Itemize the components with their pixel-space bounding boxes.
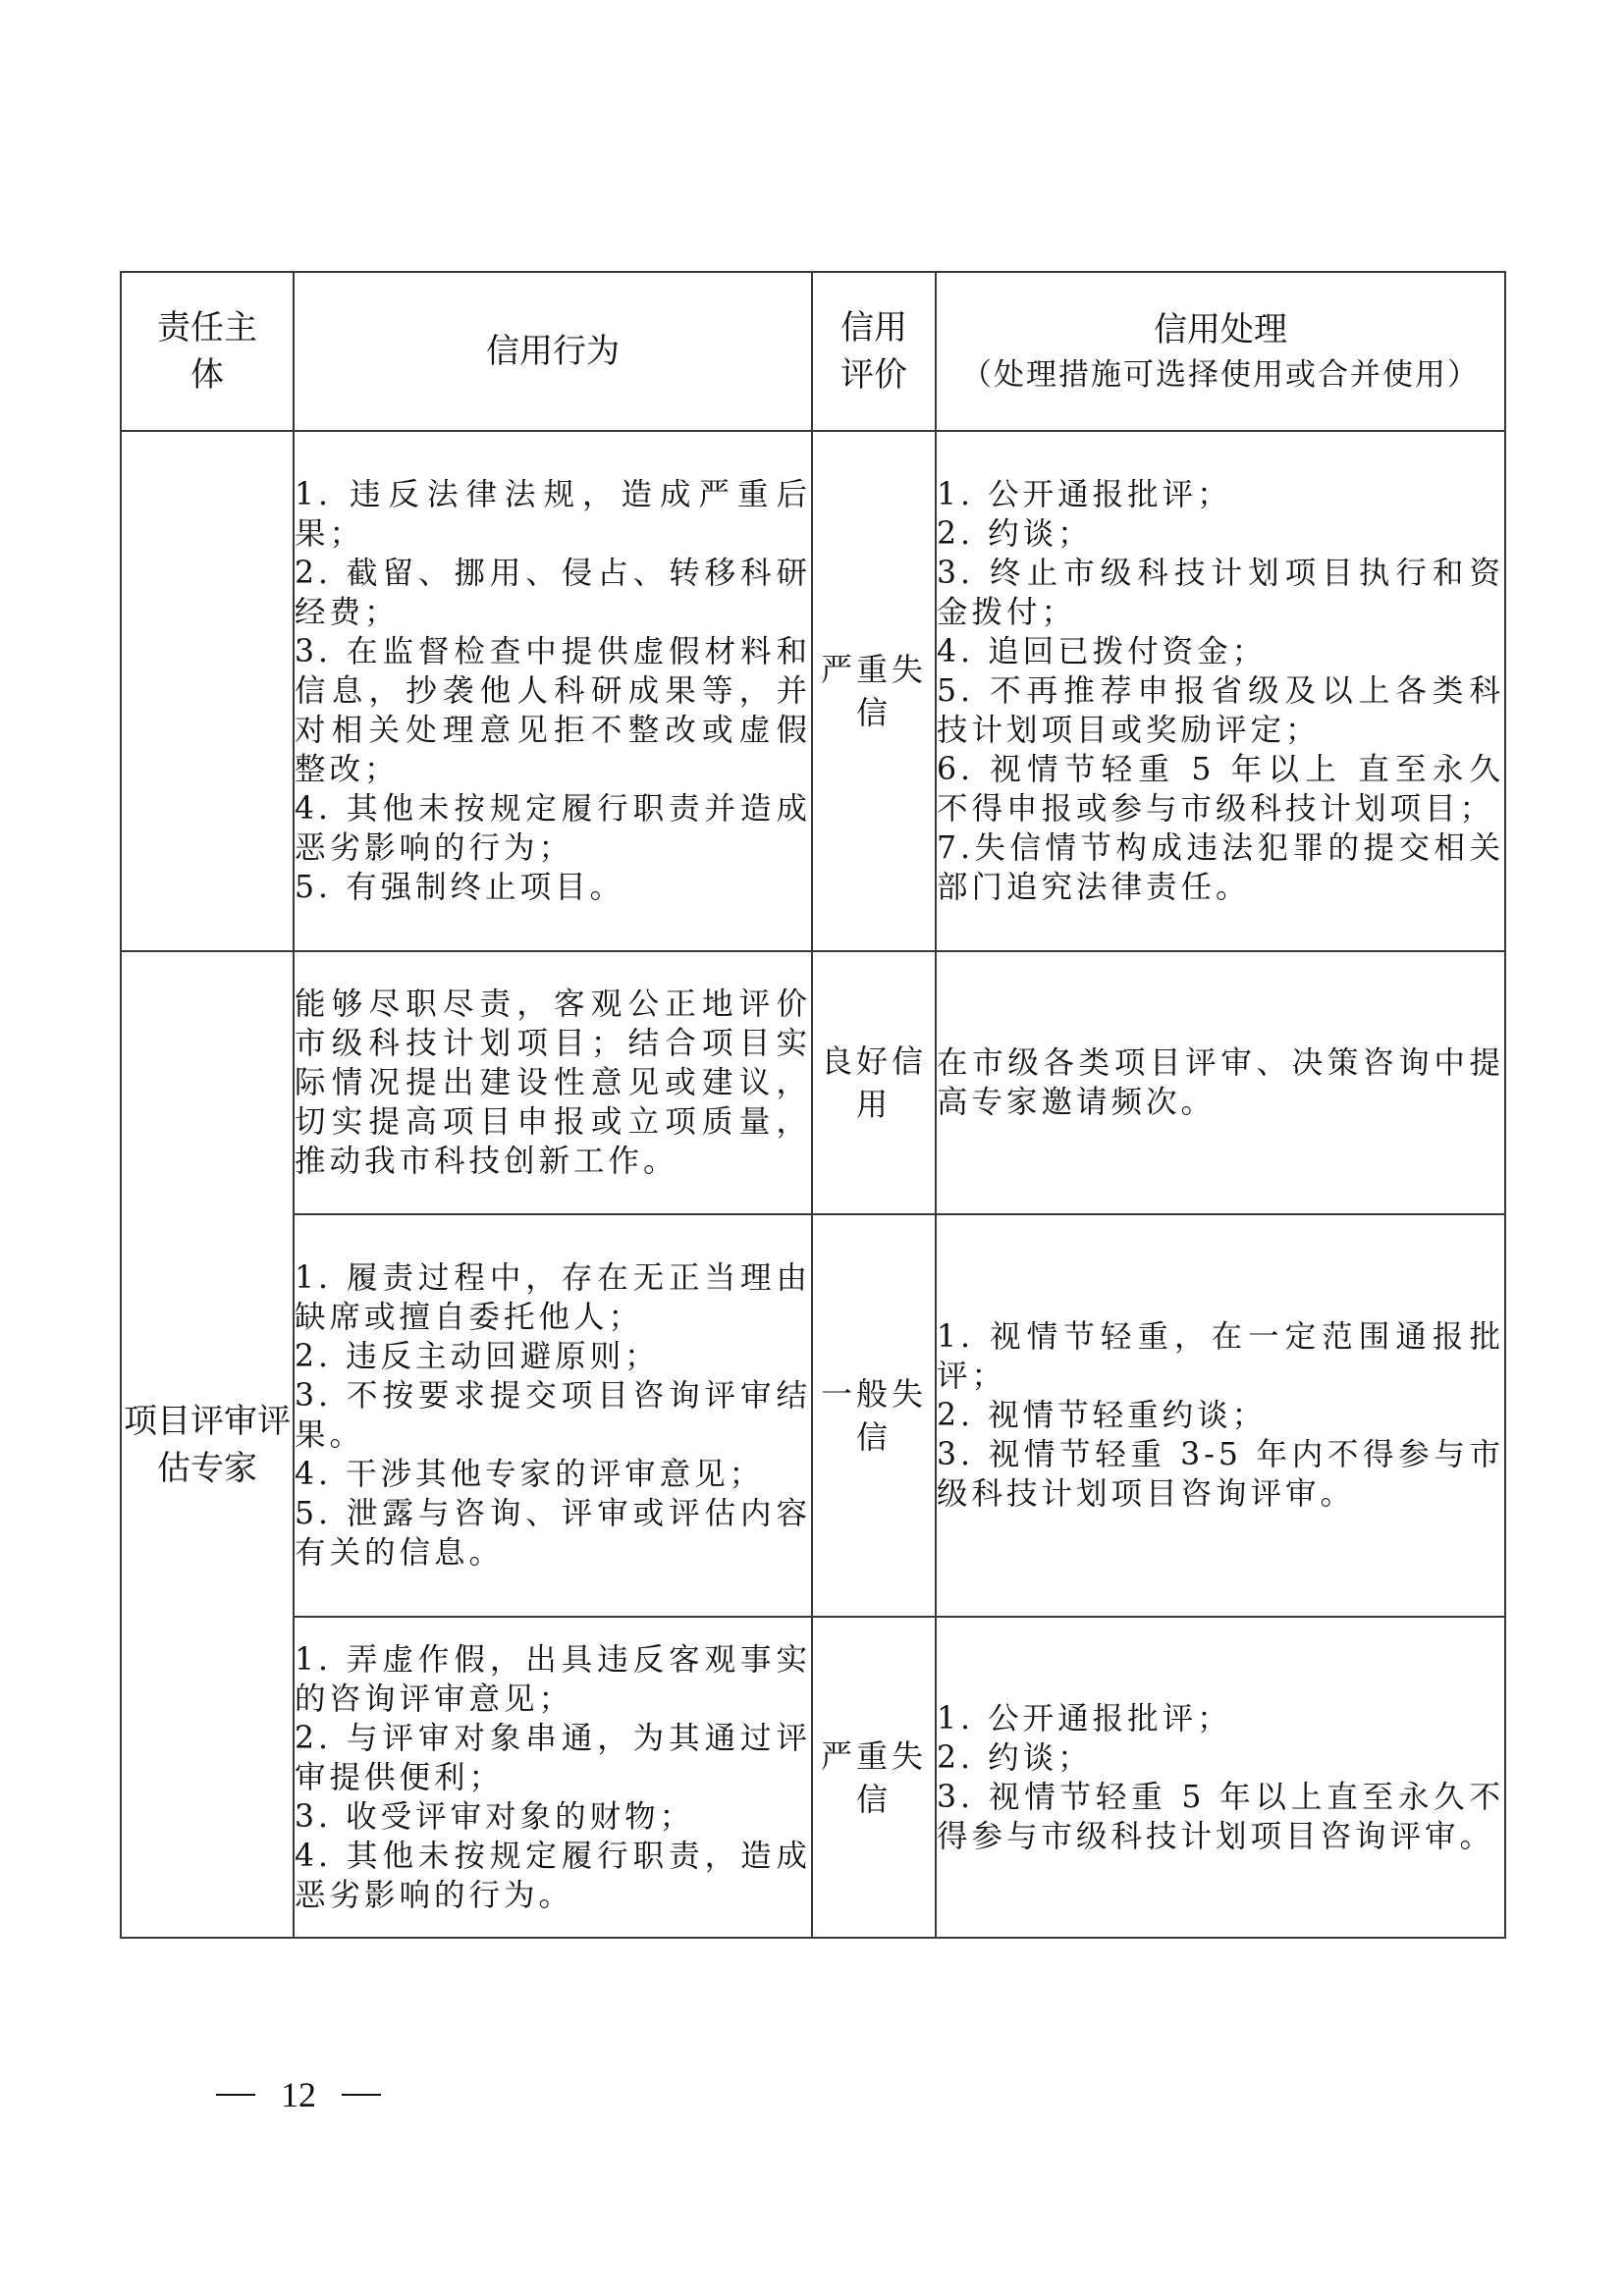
behavior-cell: 1. 履责过程中，存在无正当理由缺席或擅自委托他人； 2. 违反主动回避原则； … [294, 1214, 812, 1617]
behavior-item: 1. 违反法律法规，造成严重后果； [295, 475, 811, 554]
handling-item: 1. 公开通报批评； [937, 1699, 1504, 1738]
handling-item: 1. 公开通报批评； [937, 475, 1504, 514]
dash-right [342, 2094, 381, 2096]
handling-cell: 在市级各类项目评审、决策咨询中提高专家邀请频次。 [936, 951, 1505, 1214]
table-row: 1. 违反法律法规，造成严重后果； 2. 截留、挪用、侵占、转移科研经费； 3.… [121, 431, 1505, 951]
header-subject-label: 责任主体 [122, 304, 293, 399]
dash-left [216, 2094, 255, 2096]
handling-item: 3. 视情节轻重 5 年以上直至永久不得参与市级科技计划项目咨询评审。 [937, 1778, 1504, 1856]
behavior-item: 3. 收受评审对象的财物； [295, 1797, 811, 1837]
handling-item: 1. 视情节轻重，在一定范围通报批评； [937, 1317, 1504, 1396]
rating-cell: 严重失信 [812, 431, 936, 951]
behavior-item: 5. 有强制终止项目。 [295, 868, 811, 907]
handling-cell: 1. 视情节轻重，在一定范围通报批评； 2. 视情节轻重约谈； 3. 视情节轻重… [936, 1214, 1505, 1617]
table-header-row: 责任主体 信用行为 信用评价 信用处理 （处理措施可选择使用或合并使用） [121, 272, 1505, 431]
rating-cell: 一般失信 [812, 1214, 936, 1617]
behavior-item: 2. 与评审对象串通，为其通过评审提供便利； [295, 1719, 811, 1797]
credit-evaluation-table: 责任主体 信用行为 信用评价 信用处理 （处理措施可选择使用或合并使用） 1 [120, 271, 1506, 1939]
page-number: 12 [216, 2075, 381, 2114]
behavior-item: 2. 违反主动回避原则； [295, 1337, 811, 1376]
handling-item: 在市级各类项目评审、决策咨询中提高专家邀请频次。 [937, 1043, 1504, 1122]
page-number-value: 12 [281, 2075, 316, 2114]
behavior-cell: 能够尽职尽责，客观公正地评价市级科技计划项目；结合项目实际情况提出建设性意见或建… [294, 951, 812, 1214]
table-row: 1. 弄虚作假，出具违反客观事实的咨询评审意见； 2. 与评审对象串通，为其通过… [121, 1617, 1505, 1938]
behavior-cell: 1. 弄虚作假，出具违反客观事实的咨询评审意见； 2. 与评审对象串通，为其通过… [294, 1617, 812, 1938]
rating-cell: 严重失信 [812, 1617, 936, 1938]
header-behavior: 信用行为 [294, 272, 812, 431]
subject-cell [121, 431, 294, 951]
handling-item: 3. 视情节轻重 3-5 年内不得参与市级科技计划项目咨询评审。 [937, 1435, 1504, 1514]
behavior-item: 4. 干涉其他专家的评审意见； [295, 1455, 811, 1494]
handling-item: 7.失信情节构成违法犯罪的提交相关部门追究法律责任。 [937, 828, 1504, 907]
behavior-item: 2. 截留、挪用、侵占、转移科研经费； [295, 554, 811, 632]
behavior-item: 3. 在监督检查中提供虚假材料和信息，抄袭他人科研成果等，并对相关处理意见拒不整… [295, 632, 811, 789]
handling-item: 5. 不再推荐申报省级及以上各类科技计划项目或奖励评定； [937, 671, 1504, 750]
header-rating: 信用评价 [812, 272, 936, 431]
handling-item: 6. 视情节轻重 5 年以上 直至永久不得申报或参与市级科技计划项目； [937, 750, 1504, 828]
header-handling-note: （处理措施可选择使用或合并使用） [937, 353, 1504, 397]
table-row: 项目评审评估专家 能够尽职尽责，客观公正地评价市级科技计划项目；结合项目实际情况… [121, 951, 1505, 1214]
handling-cell: 1. 公开通报批评； 2. 约谈； 3. 终止市级科技计划项目执行和资金拨付； … [936, 431, 1505, 951]
handling-item: 4. 追回已拨付资金； [937, 632, 1504, 671]
subject-cell: 项目评审评估专家 [121, 951, 294, 1938]
behavior-cell: 1. 违反法律法规，造成严重后果； 2. 截留、挪用、侵占、转移科研经费； 3.… [294, 431, 812, 951]
behavior-item: 5. 泄露与咨询、评审或评估内容有关的信息。 [295, 1494, 811, 1573]
handling-item: 2. 视情节轻重约谈； [937, 1396, 1504, 1435]
table-row: 1. 履责过程中，存在无正当理由缺席或擅自委托他人； 2. 违反主动回避原则； … [121, 1214, 1505, 1617]
header-subject: 责任主体 [121, 272, 294, 431]
behavior-item: 1. 弄虚作假，出具违反客观事实的咨询评审意见； [295, 1640, 811, 1719]
handling-item: 2. 约谈； [937, 514, 1504, 554]
behavior-item: 1. 履责过程中，存在无正当理由缺席或擅自委托他人； [295, 1258, 811, 1337]
header-rating-label: 信用评价 [813, 304, 935, 399]
header-handling-label: 信用处理 [937, 306, 1504, 353]
handling-cell: 1. 公开通报批评； 2. 约谈； 3. 视情节轻重 5 年以上直至永久不得参与… [936, 1617, 1505, 1938]
rating-cell: 良好信用 [812, 951, 936, 1214]
behavior-item: 4. 其他未按规定履行职责并造成恶劣影响的行为； [295, 789, 811, 868]
handling-item: 2. 约谈； [937, 1738, 1504, 1778]
behavior-item: 4. 其他未按规定履行职责，造成恶劣影响的行为。 [295, 1837, 811, 1915]
handling-item: 3. 终止市级科技计划项目执行和资金拨付； [937, 554, 1504, 632]
behavior-item: 3. 不按要求提交项目咨询评审结果。 [295, 1376, 811, 1455]
header-handling: 信用处理 （处理措施可选择使用或合并使用） [936, 272, 1505, 431]
behavior-item: 能够尽职尽责，客观公正地评价市级科技计划项目；结合项目实际情况提出建设性意见或建… [295, 985, 811, 1181]
document-page: 责任主体 信用行为 信用评价 信用处理 （处理措施可选择使用或合并使用） 1 [0, 0, 1624, 2296]
header-behavior-label: 信用行为 [486, 332, 620, 371]
